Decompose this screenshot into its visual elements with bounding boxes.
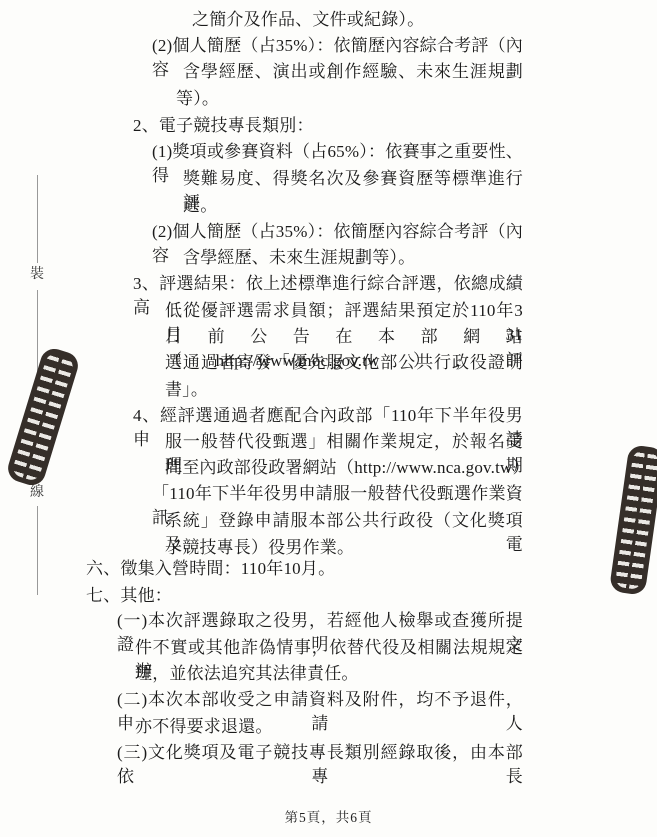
seal-stamp-right [609, 444, 657, 596]
seal-stamp-left [5, 345, 82, 488]
doc-line: 服一般替代役甄選」相關作業規定，於報名受理期 [165, 430, 523, 454]
doc-line: 六、徵集入營時間：110年10月。 [86, 557, 335, 581]
doc-line: 等）。 [176, 87, 219, 111]
doc-line: (一)本次評選錄取之役男，若經他人檢舉或查獲所提證明文 [117, 609, 523, 633]
doc-line: 系統」登錄申請服本部公共行政役（文化獎項及電 [165, 509, 523, 533]
doc-line: 選通過者寄發「優先服文化部公共行政役證明 [165, 351, 523, 375]
doc-line: (三)文化獎項及電子競技專長類別經錄取後，由本部依專長 [117, 741, 523, 765]
doc-line: 4、經評選通過者應配合內政部「110年下半年役男申請 [133, 404, 523, 428]
doc-line: 七、其他： [86, 584, 172, 608]
doc-line: 含學經歷、未來生涯規劃等）。 [183, 246, 415, 270]
seal-glyphs [615, 450, 657, 590]
scanned-document-page: 裝 線 之簡介及作品、文件或紀錄）。 (2)個人簡歷（占35%）：依簡歷內容綜合… [0, 0, 657, 837]
seal-glyphs [11, 352, 75, 483]
doc-line: (1)獎項或參賽資料（占65%）：依賽事之重要性、得 [152, 140, 523, 164]
doc-line: 件不實或其他詐偽情事，依替代役及相關法規規定辦 [135, 636, 523, 660]
binding-line-segment [37, 175, 38, 263]
doc-line: 書」。 [165, 378, 208, 402]
doc-line: 選。 [183, 194, 217, 218]
doc-line: 間至內政部役政署網站（http://www.nca.gov.tw） [165, 456, 523, 480]
doc-line: 含學經歷、演出或創作經驗、未來生涯規劃 [183, 60, 523, 84]
doc-line: 之簡介及作品、文件或紀錄）。 [192, 8, 424, 32]
doc-line: 「110年下半年役男申請服一般替代役甄選作業資訊 [152, 482, 523, 506]
binding-mark-zhuang: 裝 [29, 263, 45, 283]
doc-line: 亦不得要求退還。 [135, 715, 273, 739]
doc-line: (2)個人簡歷（占35%）：依簡歷內容綜合考評（內容 [152, 34, 523, 58]
doc-line: (2)個人簡歷（占35%）：依簡歷內容綜合考評（內容 [152, 220, 523, 244]
doc-line: 理，並依法追究其法律責任。 [135, 662, 359, 686]
doc-line: 低從優評選需求員額；評選結果預定於110年3月31 [165, 299, 523, 323]
doc-line: 日前公告在本部網站（http://www.moc.gov.tw），評 [165, 325, 523, 349]
page-number-footer: 第5頁，共6頁 [0, 806, 657, 826]
binding-line-segment [37, 506, 38, 595]
doc-line: 3、評選結果：依上述標準進行綜合評選，依總成績高 [133, 272, 523, 296]
doc-line: 獎難易度、得獎名次及參賽資歷等標準進行評 [183, 167, 523, 191]
doc-line: (二)本次本部收受之申請資料及附件，均不予退件，申請人 [117, 688, 523, 712]
doc-line: 2、電子競技專長類別： [133, 114, 314, 138]
